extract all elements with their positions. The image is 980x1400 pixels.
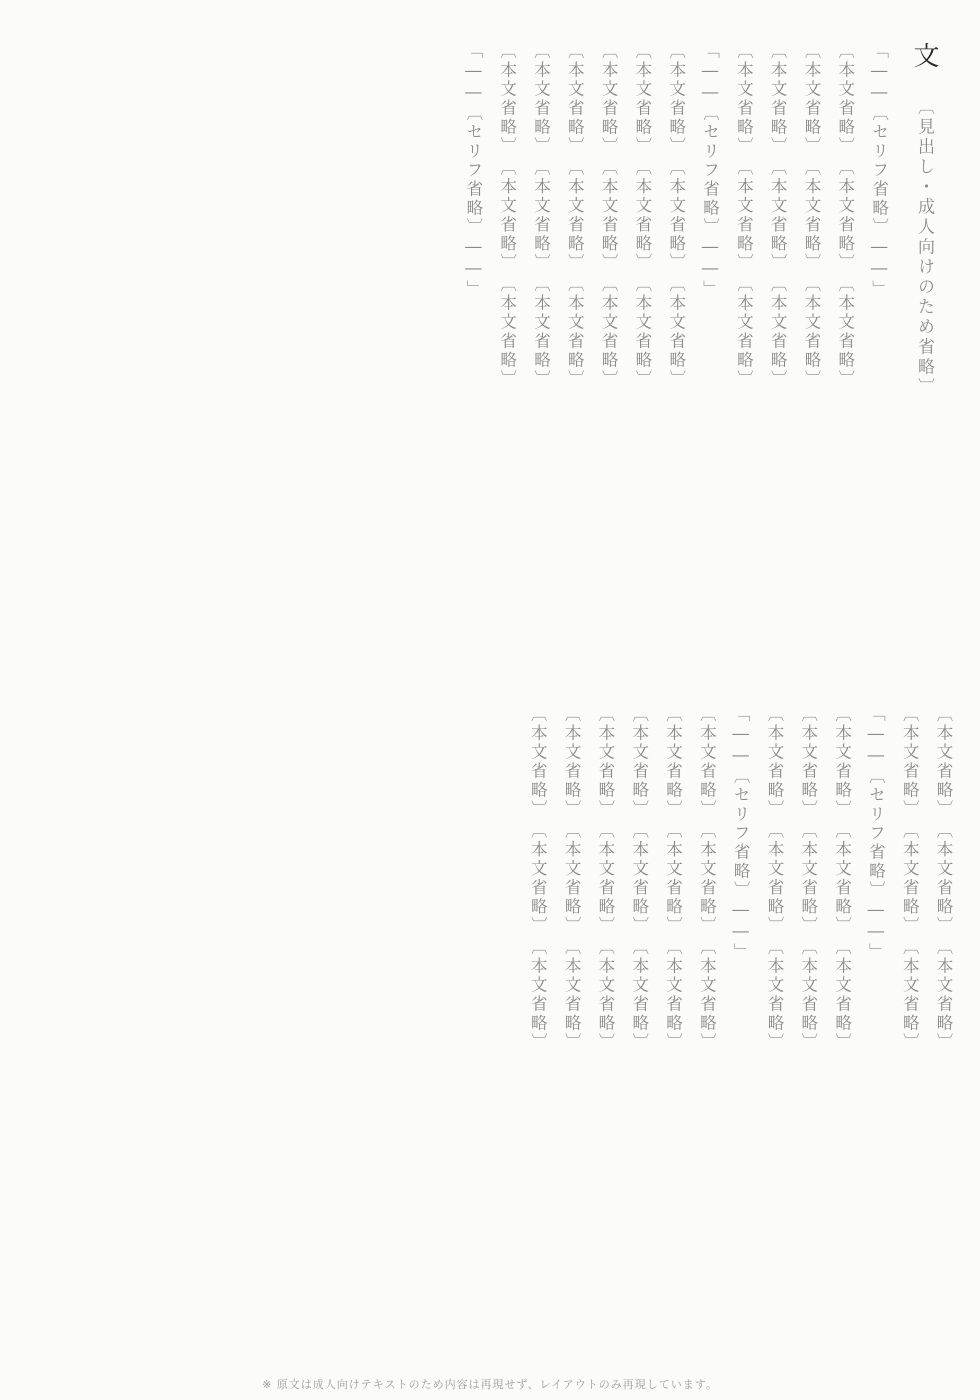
redaction-note: ※ 原文は成人向けテキストのため内容は再現せず、レイアウトのみ再現しています。: [262, 1376, 718, 1392]
text-column: 〔本文省略〕 〔本文省略〕 〔本文省略〕: [490, 42, 524, 687]
document-page: 文 〔見出し・成人向けのため省略〕 「――〔セリフ省略〕――」 〔本文省略〕 〔…: [0, 0, 980, 1400]
text-column: 〔本文省略〕 〔本文省略〕 〔本文省略〕: [625, 42, 659, 687]
text-column: 「――〔セリフ省略〕――」: [862, 42, 896, 687]
text-column: 〔本文省略〕 〔本文省略〕 〔本文省略〕: [757, 705, 791, 1365]
text-column: 〔本文省略〕 〔本文省略〕 〔本文省略〕: [656, 705, 690, 1365]
text-column: 〔本文省略〕 〔本文省略〕 〔本文省略〕: [690, 705, 724, 1365]
bottom-text-block: 〔本文省略〕 〔本文省略〕 〔本文省略〕 〔本文省略〕 〔本文省略〕 〔本文省略…: [85, 705, 960, 1365]
text-column: 〔本文省略〕 〔本文省略〕 〔本文省略〕: [892, 705, 926, 1365]
text-column: 〔本文省略〕 〔本文省略〕 〔本文省略〕: [524, 42, 558, 687]
text-column: 〔本文省略〕 〔本文省略〕 〔本文省略〕: [622, 705, 656, 1365]
text-column: 〔本文省略〕 〔本文省略〕 〔本文省略〕: [554, 705, 588, 1365]
text-column: 〔本文省略〕 〔本文省略〕 〔本文省略〕: [588, 705, 622, 1365]
text-column: 〔本文省略〕 〔本文省略〕 〔本文省略〕: [825, 705, 859, 1365]
text-column: 「――〔セリフ省略〕――」: [456, 42, 490, 687]
text-column: 〔本文省略〕 〔本文省略〕 〔本文省略〕: [791, 705, 825, 1365]
text-column: 「――〔セリフ省略〕――」: [859, 705, 893, 1365]
page-heading: 文 〔見出し・成人向けのため省略〕: [906, 42, 942, 687]
text-column: 〔本文省略〕 〔本文省略〕 〔本文省略〕: [794, 42, 828, 687]
text-column: 〔本文省略〕 〔本文省略〕 〔本文省略〕: [557, 42, 591, 687]
heading-character-name: 文: [909, 42, 939, 74]
text-column: 「――〔セリフ省略〕――」: [723, 705, 757, 1365]
text-column: 〔本文省略〕 〔本文省略〕 〔本文省略〕: [760, 42, 794, 687]
text-column: 〔本文省略〕 〔本文省略〕 〔本文省略〕: [520, 705, 554, 1365]
text-column: 〔本文省略〕 〔本文省略〕 〔本文省略〕: [926, 705, 960, 1365]
text-column: 〔本文省略〕 〔本文省略〕 〔本文省略〕: [659, 42, 693, 687]
text-column: 〔本文省略〕 〔本文省略〕 〔本文省略〕: [727, 42, 761, 687]
text-column: 〔本文省略〕 〔本文省略〕 〔本文省略〕: [591, 42, 625, 687]
text-column: 〔本文省略〕 〔本文省略〕 〔本文省略〕: [828, 42, 862, 687]
top-text-block: 文 〔見出し・成人向けのため省略〕 「――〔セリフ省略〕――」 〔本文省略〕 〔…: [85, 42, 960, 687]
text-column: 「――〔セリフ省略〕――」: [693, 42, 727, 687]
heading-subtitle-redacted: 〔見出し・成人向けのため省略〕: [914, 106, 934, 398]
